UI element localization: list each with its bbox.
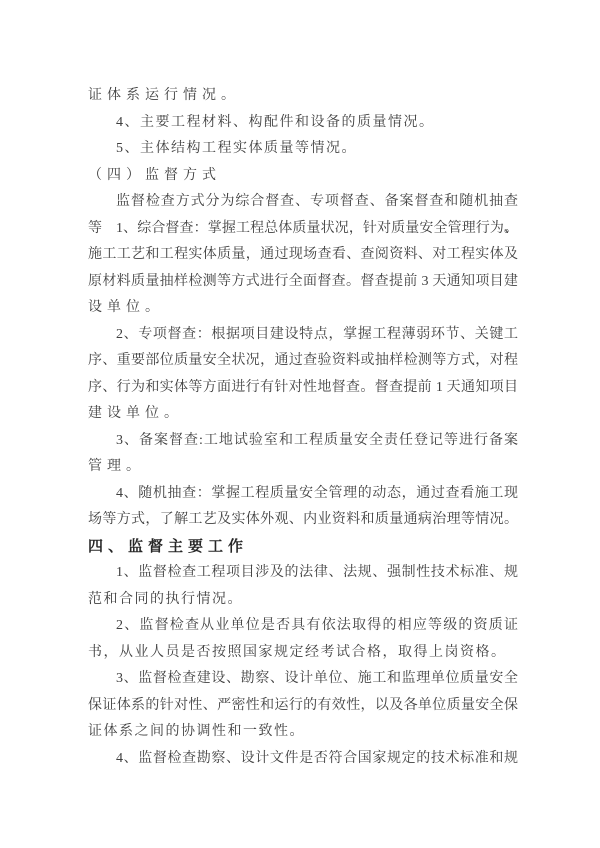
text-line: 3、备案督查:工地试验室和工程质量安全责任登记等进行备案 [88,428,518,455]
text-line: 保证体系的针对性、严密性和运行的有效性，以及各单位质量安全保 [88,693,518,720]
text-line: 设单位。 [88,295,518,322]
text-line: 范和合同的执行情况。 [88,587,518,614]
text-line: 4、随机抽查：掌握工程质量安全管理的动态，通过查看施工现 [88,481,518,508]
text-line: 监督检查方式分为综合督查、专项督查、备案督查和随机抽查等。 [88,189,518,216]
text-line: 建设单位。 [88,401,518,428]
text-line: 证体系运行情况。 [88,83,518,110]
text-line: 书，从业人员是否按照国家规定经考试合格，取得上岗资格。 [88,640,518,667]
text-line: 1、监督检查工程项目涉及的法律、法规、强制性技术标准、规 [88,560,518,587]
text-line: 1、综合督查：掌握工程总体质量状况，针对质量安全管理行为、 [88,216,518,243]
text-line: 2、监督检查从业单位是否具有依法取得的相应等级的资质证 [88,613,518,640]
text-line: 4、主要工程材料、构配件和设备的质量情况。 [88,110,518,137]
text-line: 原材料质量抽样检测等方式进行全面督查。督查提前 3 天通知项目建 [88,269,518,296]
text-line: 序、重要部位质量安全状况，通过查验资料或抽样检测等方式，对程 [88,348,518,375]
text-line: 3、监督检查建设、勘察、设计单位、施工和监理单位质量安全 [88,666,518,693]
text-line: 场等方式，了解工艺及实体外观、内业资料和质量通病治理等情况。 [88,507,518,534]
section-heading: 四、监督主要工作 [88,534,518,561]
text-line: 5、主体结构工程实体质量等情况。 [88,136,518,163]
text-line: 4、监督检查勘察、设计文件是否符合国家规定的技术标准和规 [88,746,518,773]
document-page: 证体系运行情况。4、主要工程材料、构配件和设备的质量情况。5、主体结构工程实体质… [0,0,600,848]
text-line: 序、行为和实体等方面进行有针对性地督查。督查提前 1 天通知项目 [88,375,518,402]
document-body: 证体系运行情况。4、主要工程材料、构配件和设备的质量情况。5、主体结构工程实体质… [88,83,518,772]
text-line: 管理。 [88,454,518,481]
text-line: 证体系之间的协调性和一致性。 [88,719,518,746]
text-line: 施工工艺和工程实体质量，通过现场查看、查阅资料、对工程实体及 [88,242,518,269]
text-line: （四）监督方式 [88,163,518,190]
text-line: 2、专项督查：根据项目建设特点，掌握工程薄弱环节、关键工 [88,322,518,349]
